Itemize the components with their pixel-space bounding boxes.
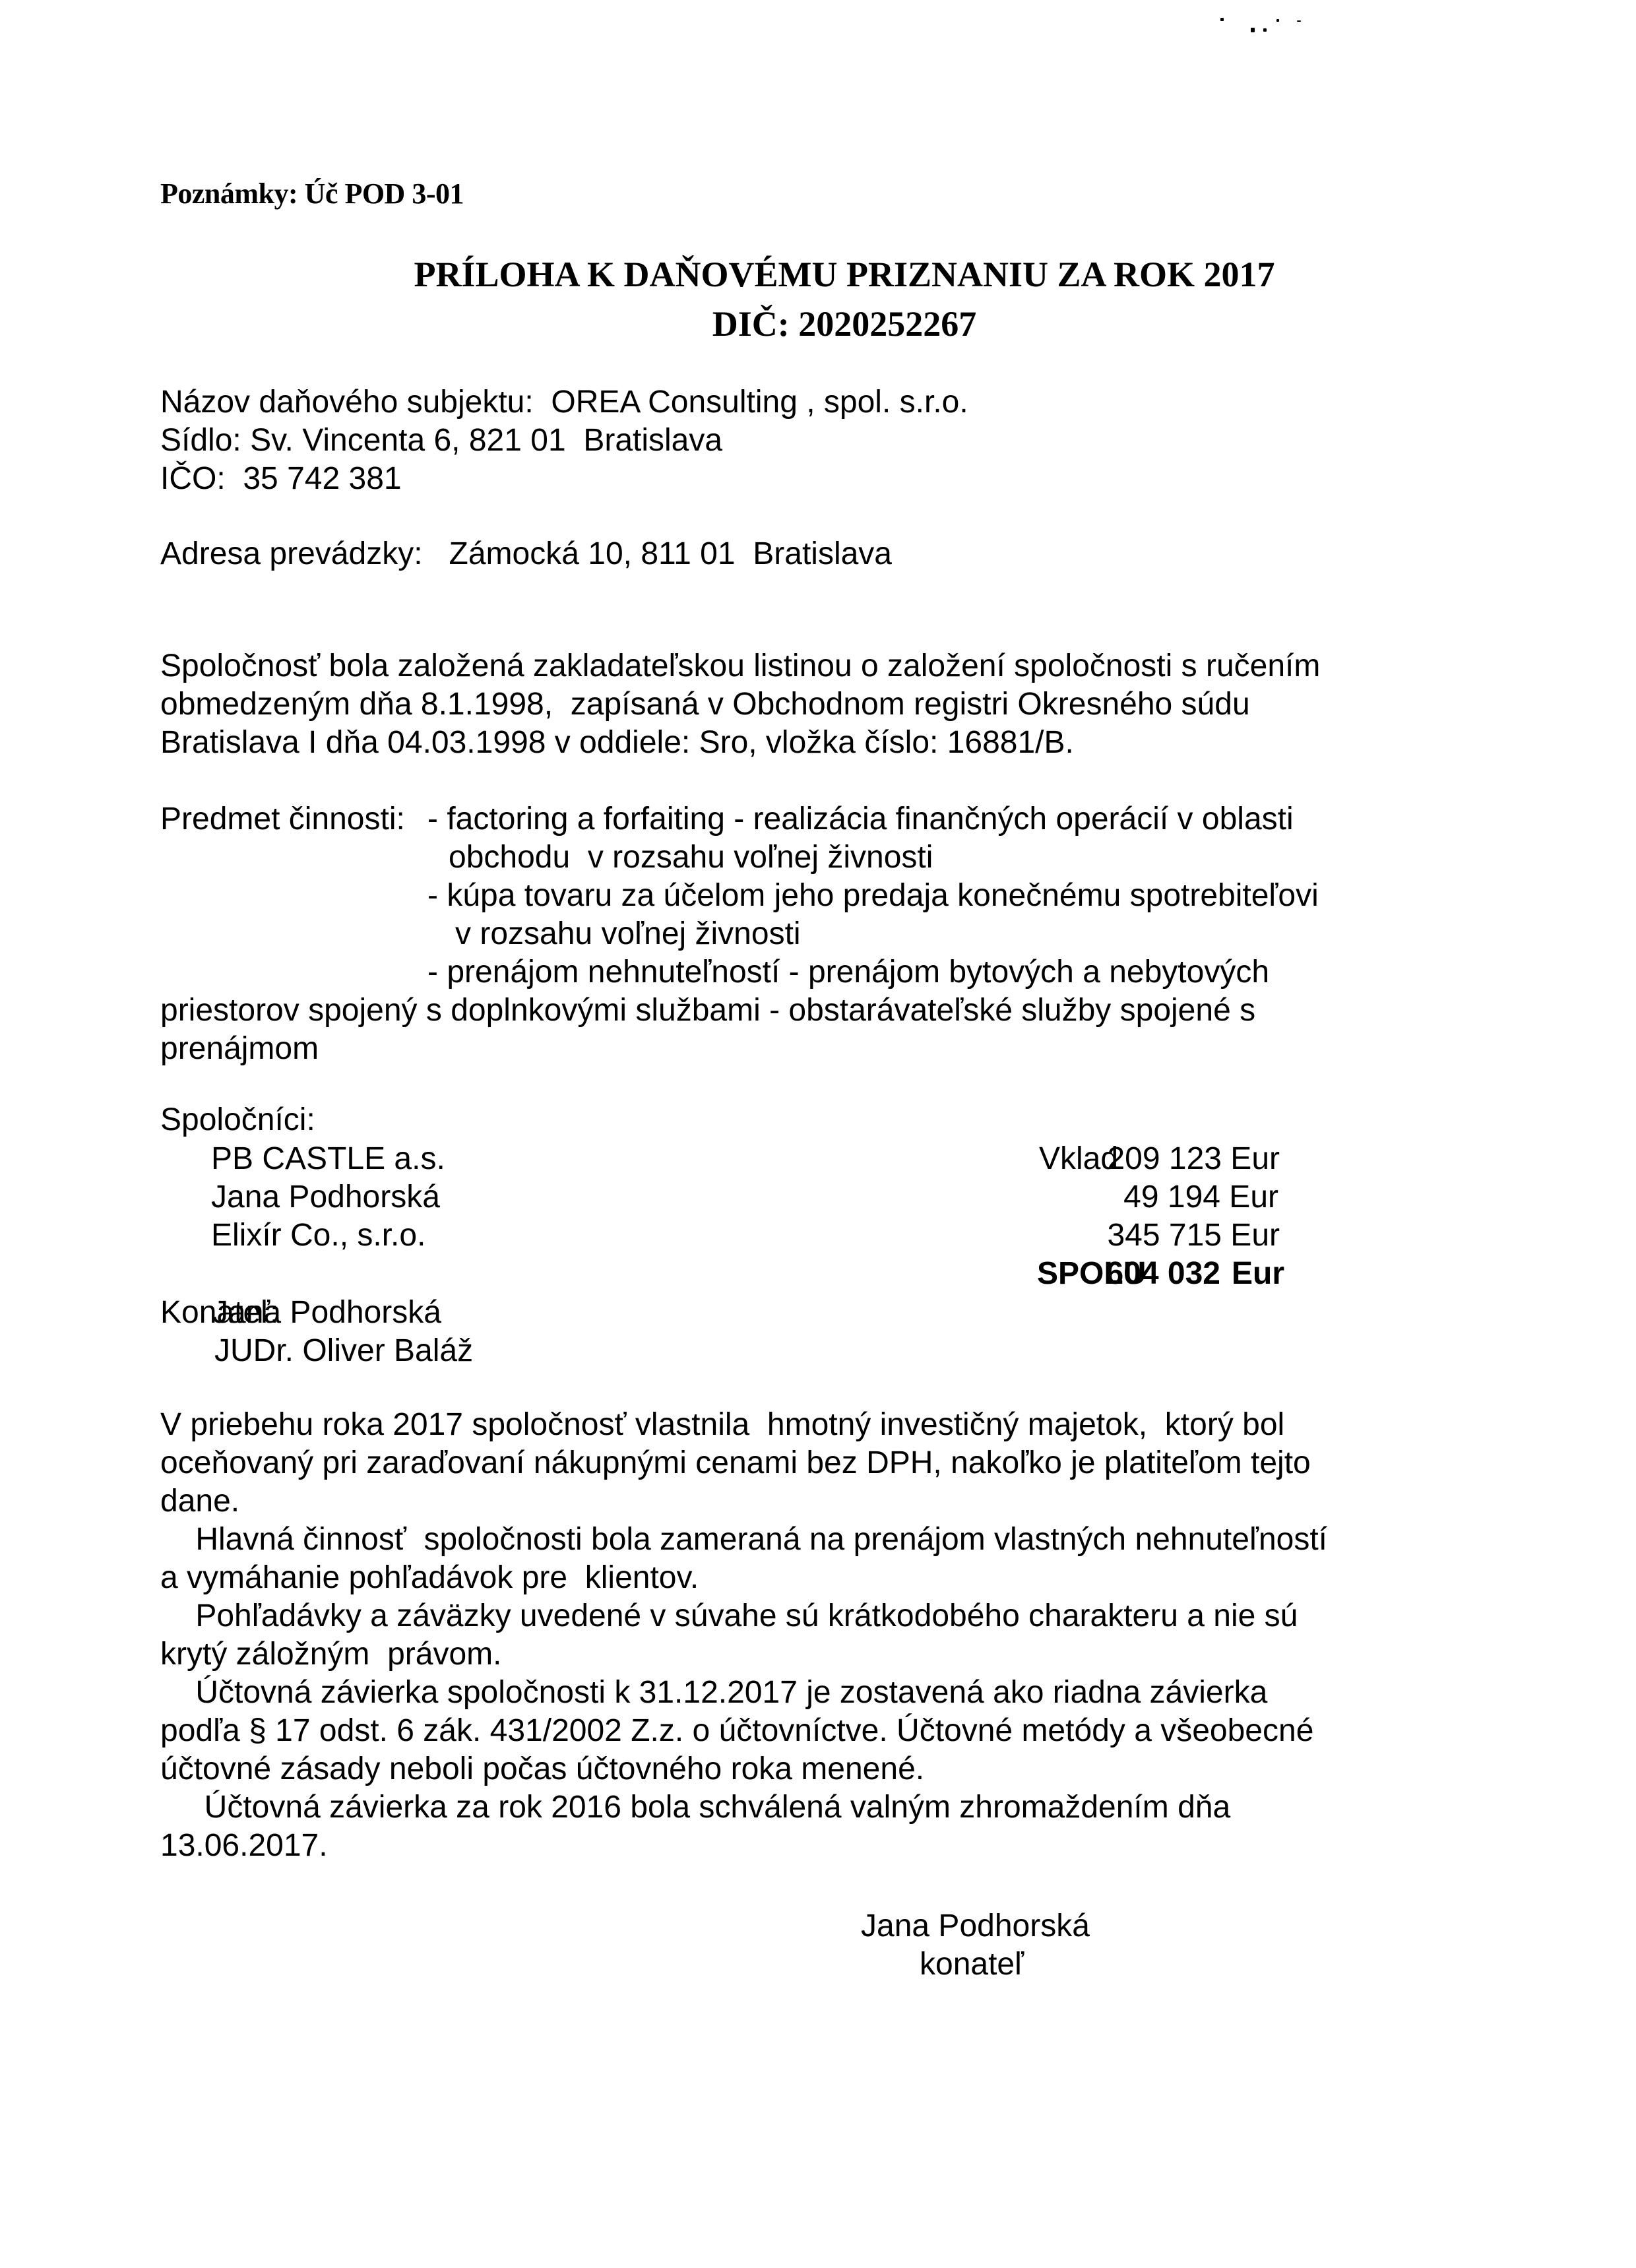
subject-name: Názov daňového subjektu: OREA Consulting…	[160, 383, 968, 422]
scan-speck	[1297, 20, 1301, 22]
notes-reference: Poznámky: Úč POD 3-01	[160, 177, 464, 210]
signatory-role: konateľ	[920, 1945, 1024, 1984]
activity-line: v rozsahu voľnej živnosti	[455, 914, 801, 954]
operation-address: Adresa prevádzky: Zámocká 10, 811 01 Bra…	[160, 534, 892, 574]
partner-name: Elixír Co., s.r.o.	[211, 1216, 425, 1255]
notes-line: Účtovná závierka za rok 2016 bola schvál…	[160, 1788, 1230, 1827]
founding-line: Spoločnosť bola založená zakladateľskou …	[160, 646, 1320, 686]
notes-line: oceňovaný pri zaraďovaní nákupnými cenam…	[160, 1443, 1311, 1483]
executive-name: Jana Podhorská	[212, 1293, 441, 1333]
scan-speck	[1251, 28, 1255, 32]
executive-name: JUDr. Oliver Baláž	[214, 1331, 473, 1371]
notes-line: a vymáhanie pohľadávok pre klientov.	[160, 1558, 699, 1598]
document-title: PRÍLOHA K DAŇOVÉMU PRIZNANIU ZA ROK 2017	[0, 254, 1636, 295]
founding-line: obmedzeným dňa 8.1.1998, zapísaná v Obch…	[160, 685, 1250, 724]
subject-ico: IČO: 35 742 381	[160, 459, 402, 499]
scan-speck	[1276, 19, 1279, 22]
notes-line: V priebehu roka 2017 spoločnosť vlastnil…	[160, 1405, 1284, 1445]
tax-id: DIČ: 2020252267	[0, 303, 1636, 344]
notes-line: krytý záložným právom.	[160, 1635, 501, 1674]
partner-name: Jana Podhorská	[211, 1178, 440, 1217]
notes-line: dane.	[160, 1482, 239, 1521]
partner-amount: 345 715 Eur	[990, 1216, 1280, 1255]
notes-line: Hlavná činnosť spoločnosti bola zameraná…	[160, 1520, 1327, 1559]
scan-speck	[1220, 18, 1224, 21]
partner-amount: 209 123 Eur	[990, 1139, 1280, 1179]
notes-line: podľa § 17 odst. 6 zák. 431/2002 Z.z. o …	[160, 1711, 1313, 1751]
founding-line: Bratislava I dňa 04.03.1998 v oddiele: S…	[160, 723, 1074, 763]
signatory-name: Jana Podhorská	[861, 1906, 1090, 1946]
partner-amount: 49 194 Eur	[990, 1178, 1278, 1217]
activity-line: - prenájom nehnuteľností - prenájom byto…	[427, 953, 1269, 992]
activity-line: - kúpa tovaru za účelom jeho predaja kon…	[427, 876, 1319, 916]
partner-name: PB CASTLE a.s.	[211, 1139, 445, 1179]
activity-line: - factoring a forfaiting - realizácia fi…	[427, 800, 1294, 839]
activities-label: Predmet činnosti:	[160, 800, 405, 839]
notes-line: Pohľadávky a záväzky uvedené v súvahe sú…	[160, 1596, 1298, 1636]
scan-speck	[1263, 28, 1267, 32]
activity-line: obchodu v rozsahu voľnej živnosti	[449, 838, 933, 877]
subject-seat: Sídlo: Sv. Vincenta 6, 821 01 Bratislava	[160, 421, 722, 460]
total-amount: 604 032	[1082, 1254, 1220, 1294]
activity-line: priestorov spojený s doplnkovými službam…	[160, 991, 1255, 1030]
notes-line: 13.06.2017.	[160, 1826, 328, 1866]
partners-label: Spoločníci:	[160, 1100, 315, 1140]
activity-line: prenájmom	[160, 1029, 319, 1069]
document-page: Poznámky: Úč POD 3-01 PRÍLOHA K DAŇOVÉMU…	[0, 0, 1636, 2268]
total-currency: Eur	[1232, 1254, 1284, 1294]
notes-line: Účtovná závierka spoločnosti k 31.12.201…	[160, 1673, 1267, 1713]
notes-line: účtovné zásady neboli počas účtovného ro…	[160, 1749, 924, 1789]
